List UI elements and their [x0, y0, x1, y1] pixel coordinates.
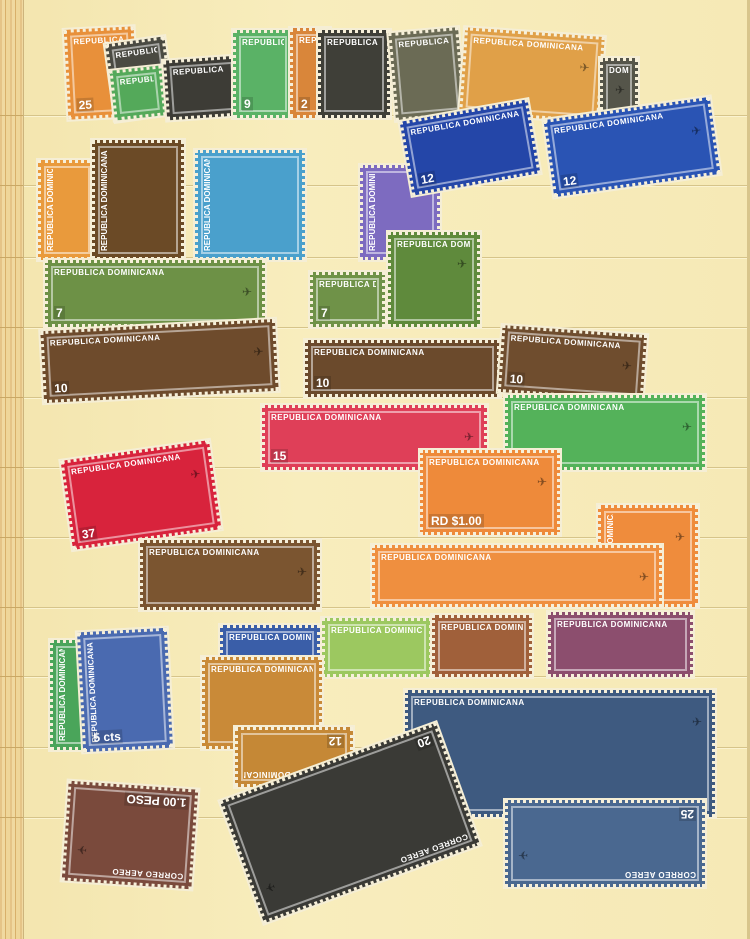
stamp: REPUBLICA DOMINICANA7 — [310, 272, 385, 327]
stamp: REPUBLICA — [318, 30, 390, 118]
pocket-strip — [24, 607, 747, 608]
stamp-value: 12 — [560, 173, 579, 189]
stamp-title: REPUBLICA DOMINICANA — [314, 348, 491, 357]
stamp: REPUBLICA DOMINICANA5 cts — [77, 628, 173, 753]
stamp-title: DOMINICANA — [609, 66, 629, 75]
stamp-value: 10 — [52, 381, 70, 396]
airplane-icon: ✈ — [579, 60, 590, 75]
stamp-value: 25 — [76, 97, 94, 112]
stamp-value: 9 — [242, 97, 253, 111]
stamp-value: 2 — [299, 97, 310, 111]
stamp-value: 5 cts — [91, 729, 123, 745]
airplane-icon: ✈ — [190, 467, 202, 482]
stamp-title: REPUBLICA — [242, 38, 284, 47]
stamp-title: REPUBLICA DOMINICANA — [414, 698, 706, 707]
stamp-value: 25 — [679, 807, 696, 821]
stamp-title: REPUBLICA DOMINICANA — [229, 633, 311, 642]
stamp-value: 10 — [507, 372, 525, 387]
airplane-icon: ✈ — [242, 285, 252, 299]
airplane-icon: ✈ — [615, 83, 625, 97]
stamp-title: REPUBLICA DOMINICANA — [368, 174, 377, 251]
airplane-icon: ✈ — [537, 475, 547, 489]
stamp-title: CORREO AEREO — [514, 870, 696, 879]
stamp-title: REPUBLICA DOMINICANA — [441, 623, 523, 632]
stamp-title: REPUBLICA DOMINICANA — [514, 403, 696, 412]
stamp: REPUBLICA DOMINICANA10✈ — [498, 325, 647, 402]
stamp: REPUBLICA DOMINICANA — [432, 615, 532, 677]
stamp-frame — [201, 156, 299, 254]
stamp: REPUBLICA DOMINICANA — [548, 612, 693, 677]
stamp: REPUBLICA DOMINICANA✈ — [372, 545, 662, 607]
stamp: REPUBLICA DOMINICANA — [92, 140, 184, 260]
stamp: REPUBLICA — [110, 65, 167, 120]
stamp-title: REPUBLICA DOMINICANA — [149, 548, 311, 557]
stamp: REPUBLICA — [163, 55, 242, 120]
stamp-frame — [98, 146, 178, 254]
stamp: REPUBLICA DOMINICANA✈ — [140, 540, 320, 610]
stock-book-page: REPUBLICA DOMINICANA25REPUBLICAREPUBLICA… — [0, 0, 750, 939]
stamp-title: REPUBLICA DOMINICANA — [397, 240, 471, 249]
stamp-value: 7 — [319, 306, 330, 320]
stamp: REPUBLICA DOMINICANARD $1.00✈ — [420, 450, 560, 535]
stamp-title: REPUBLICA DOMINICANA — [381, 553, 653, 562]
airplane-icon: ✈ — [692, 715, 702, 729]
stamp: REPUBLICA — [388, 27, 465, 121]
stamp-value: 7 — [54, 306, 65, 320]
stamp: REPUBLICA DOMINICANA37✈ — [60, 440, 221, 550]
stamp-value: 10 — [314, 376, 331, 390]
stamp: REPUBLICA DOMINICANA✈ — [388, 232, 480, 327]
stamp-title: REPUBLICA DOMINICANA — [319, 280, 376, 289]
stamp: CORREO AEREO1.00 PESO✈ — [62, 781, 199, 890]
stamp-title: REPUBLICA — [327, 38, 381, 47]
stamp-title: REPUBLICA DOMINICANA — [203, 159, 212, 251]
airplane-icon: ✈ — [253, 345, 264, 360]
stamp-title: REPUBLICA DOMINICANA — [271, 413, 478, 422]
stamp-title: REPUBLICA DOMINICANA — [46, 169, 55, 251]
stamp-value: RD $1.00 — [429, 514, 484, 528]
stamp-value: 37 — [79, 526, 98, 542]
airplane-icon: ✈ — [518, 848, 528, 862]
stamp-title: REPUBLICA DOMINICANA — [211, 665, 313, 674]
stamp: CORREO AEREO25✈ — [505, 800, 705, 887]
airplane-icon: ✈ — [639, 570, 649, 584]
stamp: REPUBLICA9 — [233, 30, 293, 118]
stamp-value: 12 — [418, 170, 438, 187]
stamp-title: REPUBLICA DOMINICANA — [100, 149, 109, 251]
stamp-frame — [324, 36, 384, 112]
airplane-icon: ✈ — [675, 530, 685, 544]
airplane-icon: ✈ — [621, 358, 632, 373]
stamp: REPUBLICA DOMINICANA — [195, 150, 305, 260]
airplane-icon: ✈ — [690, 123, 702, 138]
stamp-title: REPUBLICA DOMINICANA — [557, 620, 684, 629]
stamp-title: REPUBLICA DOMINICANA — [54, 268, 256, 277]
stamp-title: REPUBLICA DOMINICANA — [58, 649, 67, 741]
page-binding — [0, 0, 24, 939]
stamp-title: REPUBLICA DOMINICANA — [429, 458, 551, 467]
stamp: REPUBLICA DOMINICANA7✈ — [45, 260, 265, 327]
airplane-icon: ✈ — [464, 430, 474, 444]
stamp-value: 12 — [327, 734, 344, 748]
airplane-icon: ✈ — [682, 420, 692, 434]
stamp-title: REPUBLICA DOMINICANA — [331, 626, 423, 635]
stamp: REPUBLICA DOMINICANA10 — [305, 340, 500, 397]
stamp-frame — [394, 238, 474, 321]
airplane-icon: ✈ — [297, 565, 307, 579]
stamp: REPUBLICA DOMINICANA10✈ — [40, 319, 278, 403]
stamp: REPUBLICA DOMINICANA — [322, 618, 432, 677]
airplane-icon: ✈ — [457, 257, 467, 271]
stamp-value: 15 — [271, 449, 288, 463]
airplane-icon: ✈ — [76, 842, 87, 857]
stamp: REPUBLICA DOMINICANA — [38, 160, 96, 260]
